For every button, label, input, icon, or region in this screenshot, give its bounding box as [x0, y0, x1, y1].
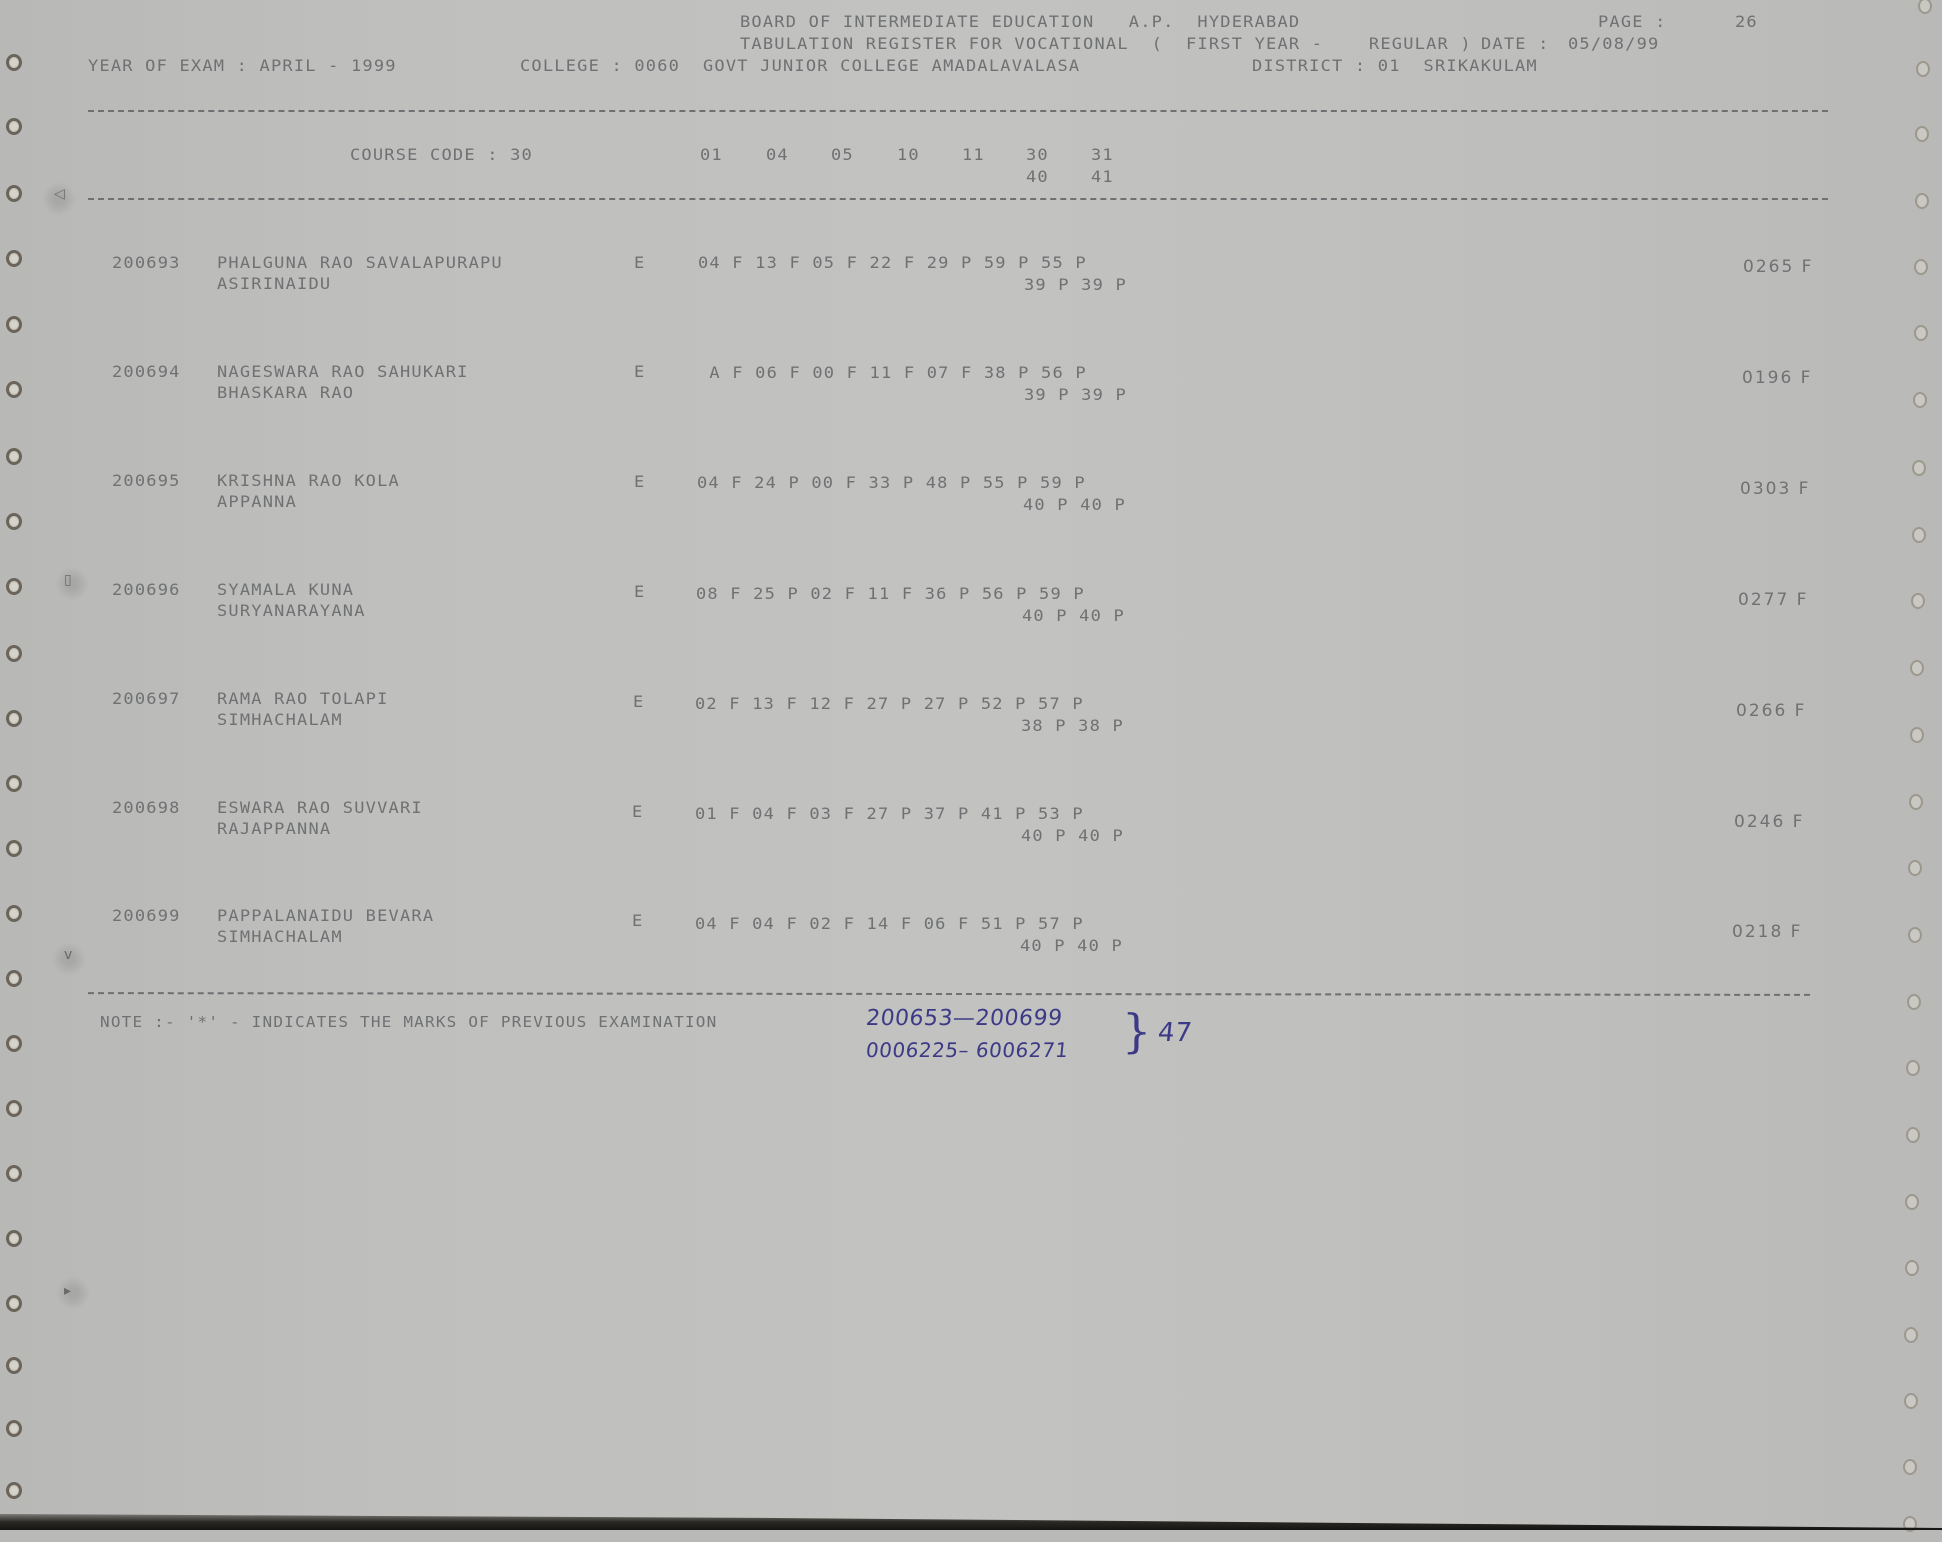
subject-code: 04: [766, 146, 789, 165]
tractor-hole-icon: [6, 1295, 22, 1312]
subject-marks-line2: 40 P 40 P: [1021, 827, 1124, 846]
tractor-hole-icon: [1906, 1127, 1920, 1143]
subject-marks-line2: 39 P 39 P: [1024, 276, 1127, 295]
tractor-hole-icon: [1911, 593, 1925, 609]
page-label: PAGE :: [1598, 13, 1667, 32]
punch-mark-icon: ▸: [64, 1283, 71, 1299]
course-code: COURSE CODE : 30: [350, 146, 533, 165]
subject-marks: 02 F 13 F 12 F 27 P 27 P 52 P 57 P: [695, 695, 1084, 714]
subject-marks: 08 F 25 P 02 F 11 F 36 P 56 P 59 P: [696, 585, 1085, 604]
tractor-hole-icon: [6, 1230, 22, 1247]
subject-code: 40: [1026, 168, 1049, 187]
subject-code: 10: [897, 146, 920, 165]
tractor-hole-icon: [6, 1165, 22, 1182]
medium: E: [632, 803, 643, 822]
student-name-line2: ASIRINAIDU: [217, 275, 331, 294]
tractor-hole-icon: [1915, 193, 1929, 209]
student-name: KRISHNA RAO KOLA: [217, 472, 400, 491]
tractor-hole-icon: [1912, 460, 1926, 476]
paper-bottom-edge: [0, 1510, 1942, 1530]
roll-number: 200693: [112, 254, 181, 273]
footer-note: NOTE :- '*' - INDICATES THE MARKS OF PRE…: [100, 1013, 717, 1032]
tractor-hole-icon: [1908, 927, 1922, 943]
total-result: 0266 F: [1736, 701, 1806, 721]
student-name-line2: SIMHACHALAM: [217, 711, 343, 730]
subject-marks-line2: 40 P 40 P: [1020, 937, 1123, 956]
subject-code: 05: [831, 146, 854, 165]
medium: E: [632, 912, 643, 931]
tractor-hole-icon: [1903, 1459, 1917, 1475]
subject-code: 01: [700, 146, 723, 165]
tractor-hole-icon: [1912, 527, 1926, 543]
tractor-hole-icon: [6, 970, 22, 987]
tractor-hole-icon: [6, 645, 22, 662]
tractor-hole-icon: [1913, 392, 1927, 408]
page-number: 26: [1735, 13, 1758, 32]
tractor-hole-icon: [1909, 794, 1923, 810]
student-name: ESWARA RAO SUVVARI: [217, 799, 423, 818]
subject-marks: 04 F 13 F 05 F 22 F 29 P 59 P 55 P: [698, 254, 1087, 273]
tractor-hole-icon: [1904, 1327, 1918, 1343]
tractor-hole-icon: [6, 905, 22, 922]
board-title: BOARD OF INTERMEDIATE EDUCATION A.P. HYD…: [740, 13, 1300, 32]
subject-code: 11: [962, 146, 985, 165]
tractor-hole-icon: [6, 381, 22, 398]
medium: E: [634, 583, 645, 602]
roll-number: 200699: [112, 907, 181, 926]
handwritten-range-2: 0006225– 6006271: [865, 1038, 1070, 1062]
student-name: PAPPALANAIDU BEVARA: [217, 907, 434, 926]
subject-marks-line2: 38 P 38 P: [1021, 717, 1124, 736]
handwritten-range-1: 200653—200699: [865, 1006, 1064, 1031]
punch-mark-icon: ◁: [54, 186, 65, 202]
register-title: TABULATION REGISTER FOR VOCATIONAL ( FIR…: [740, 35, 1472, 54]
total-result: 0196 F: [1742, 368, 1812, 388]
tractor-hole-icon: [1918, 0, 1932, 14]
subject-marks-line2: 40 P 40 P: [1023, 496, 1126, 515]
tractor-hole-icon: [6, 775, 22, 792]
brace-icon: }: [1122, 1008, 1151, 1054]
roll-number: 200694: [112, 363, 181, 382]
tractor-hole-icon: [6, 185, 22, 202]
roll-number: 200698: [112, 799, 181, 818]
student-name: SYAMALA KUNA: [217, 581, 354, 600]
subject-marks-line2: 39 P 39 P: [1024, 386, 1127, 405]
tractor-hole-icon: [1915, 126, 1929, 142]
total-result: 0265 F: [1743, 257, 1813, 277]
student-name-line2: SIMHACHALAM: [217, 928, 343, 947]
crease-mark: [55, 567, 89, 601]
student-name-line2: BHASKARA RAO: [217, 384, 354, 403]
tractor-hole-icon: [6, 448, 22, 465]
tractor-hole-icon: [6, 578, 22, 595]
year-of-exam: YEAR OF EXAM : APRIL - 1999: [88, 57, 397, 76]
date-label: DATE :: [1481, 35, 1550, 54]
subject-code: 31: [1091, 146, 1114, 165]
medium: E: [634, 254, 645, 273]
tractor-hole-icon: [1910, 727, 1924, 743]
college-info: COLLEGE : 0060 GOVT JUNIOR COLLEGE AMADA…: [520, 57, 1080, 76]
tractor-hole-icon: [1914, 259, 1928, 275]
tractor-hole-icon: [6, 118, 22, 135]
total-result: 0277 F: [1738, 590, 1808, 610]
column-header-divider: [88, 198, 1828, 200]
tractor-hole-icon: [1908, 860, 1922, 876]
subject-code: 41: [1091, 168, 1114, 187]
tractor-hole-icon: [1914, 325, 1928, 341]
medium: E: [634, 473, 645, 492]
total-result: 0218 F: [1732, 922, 1802, 942]
tractor-hole-icon: [6, 513, 22, 530]
total-result: 0303 F: [1740, 479, 1810, 499]
tabulation-register-page: BOARD OF INTERMEDIATE EDUCATION A.P. HYD…: [0, 0, 1942, 1530]
student-name-line2: SURYANARAYANA: [217, 602, 366, 621]
tractor-hole-icon: [1906, 1060, 1920, 1076]
tractor-hole-icon: [6, 1035, 22, 1052]
tractor-hole-icon: [6, 710, 22, 727]
tractor-hole-icon: [1904, 1393, 1918, 1409]
total-result: 0246 F: [1734, 812, 1804, 832]
student-name-line2: RAJAPPANNA: [217, 820, 331, 839]
tractor-hole-icon: [1910, 660, 1924, 676]
tractor-hole-icon: [6, 1420, 22, 1437]
tractor-hole-icon: [6, 840, 22, 857]
district-info: DISTRICT : 01 SRIKAKULAM: [1252, 57, 1538, 76]
tractor-hole-icon: [1905, 1194, 1919, 1210]
student-name: NAGESWARA RAO SAHUKARI: [217, 363, 469, 382]
tractor-hole-icon: [6, 54, 22, 71]
tractor-hole-icon: [6, 316, 22, 333]
punch-mark-icon: ▯: [64, 572, 72, 588]
punch-mark-icon: v: [64, 947, 72, 963]
tractor-hole-icon: [1916, 61, 1930, 77]
crease-mark: [56, 1276, 90, 1310]
subject-marks: 01 F 04 F 03 F 27 P 37 P 41 P 53 P: [695, 805, 1084, 824]
tractor-hole-icon: [6, 250, 22, 267]
roll-number: 200697: [112, 690, 181, 709]
tractor-hole-icon: [6, 1100, 22, 1117]
subject-marks: 04 F 24 P 00 F 33 P 48 P 55 P 59 P: [697, 474, 1086, 493]
tractor-hole-icon: [6, 1482, 22, 1499]
tractor-hole-icon: [1905, 1260, 1919, 1276]
handwritten-count: 47: [1156, 1018, 1193, 1048]
medium: E: [633, 693, 644, 712]
tractor-hole-icon: [6, 1357, 22, 1374]
subject-code: 30: [1026, 146, 1049, 165]
student-name: RAMA RAO TOLAPI: [217, 690, 389, 709]
student-name: PHALGUNA RAO SAVALAPURAPU: [217, 254, 503, 273]
roll-number: 200696: [112, 581, 181, 600]
date-value: 05/08/99: [1568, 35, 1659, 54]
subject-marks: A F 06 F 00 F 11 F 07 F 38 P 56 P: [698, 364, 1087, 383]
medium: E: [634, 363, 645, 382]
roll-number: 200695: [112, 472, 181, 491]
subject-marks-line2: 40 P 40 P: [1022, 607, 1125, 626]
student-name-line2: APPANNA: [217, 493, 297, 512]
header-divider: [88, 110, 1828, 112]
subject-marks: 04 F 04 F 02 F 14 F 06 F 51 P 57 P: [695, 915, 1084, 934]
tractor-hole-icon: [1907, 994, 1921, 1010]
records-end-divider: [88, 992, 1810, 996]
